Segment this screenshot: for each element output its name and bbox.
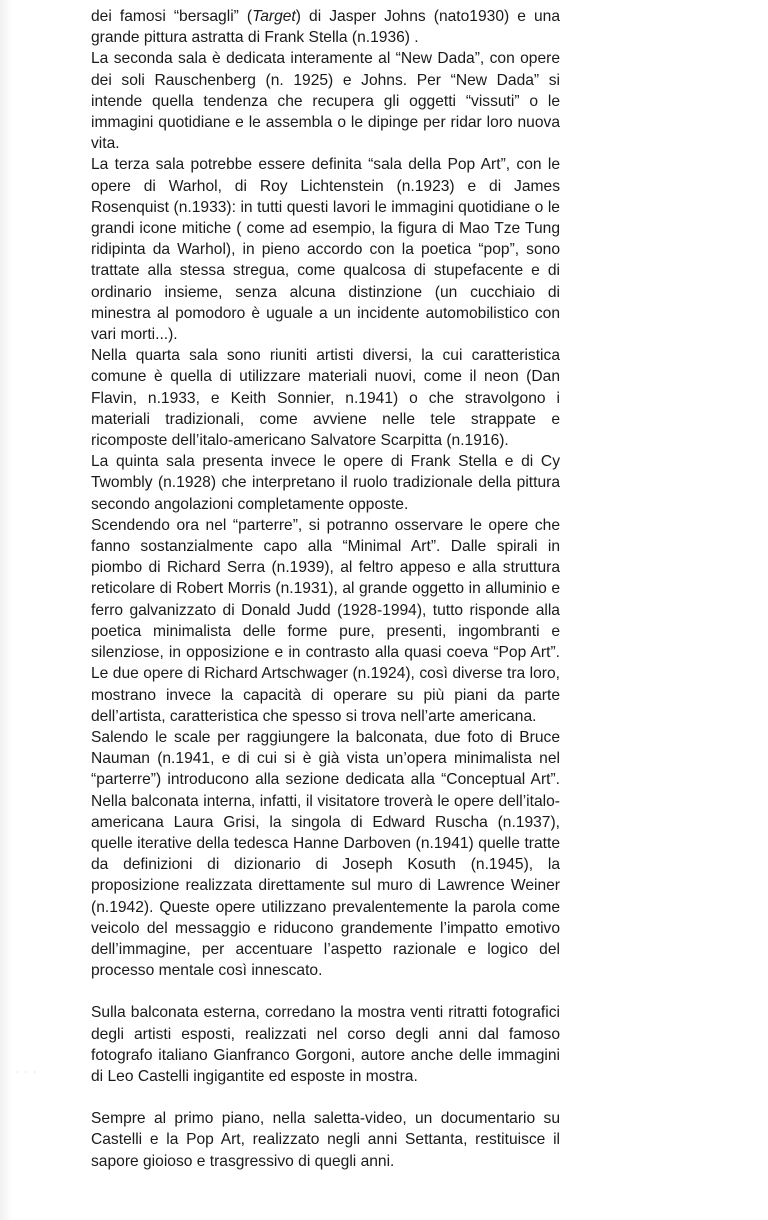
paragraph-seconda-sala: La seconda sala è dedicata interamente a… [91, 48, 560, 154]
scan-edge-shadow [0, 0, 12, 1220]
paragraph-balconata-esterna: Sulla balconata esterna, corredano la mo… [91, 1002, 560, 1087]
paragraph-target: dei famosi “bersagli” (Target) di Jasper… [91, 6, 560, 48]
paragraph-parterre: Scendendo ora nel “parterre”, si potrann… [91, 515, 560, 727]
paragraph-quinta-sala: La quinta sala presenta invece le opere … [91, 451, 560, 515]
paragraph-saletta-video: Sempre al primo piano, nella saletta-vid… [91, 1108, 560, 1172]
document-page: dei famosi “bersagli” (Target) di Jasper… [91, 6, 560, 1172]
paragraph-terza-sala: La terza sala potrebbe essere definita “… [91, 154, 560, 345]
paragraph-quarta-sala: Nella quarta sala sono riuniti artisti d… [91, 345, 560, 451]
italic-title: Target [252, 8, 296, 25]
scan-artifact: · · · [16, 1068, 38, 1071]
text-segment: dei famosi “bersagli” ( [91, 8, 252, 25]
paragraph-balconata: Salendo le scale per raggiungere la balc… [91, 727, 560, 981]
